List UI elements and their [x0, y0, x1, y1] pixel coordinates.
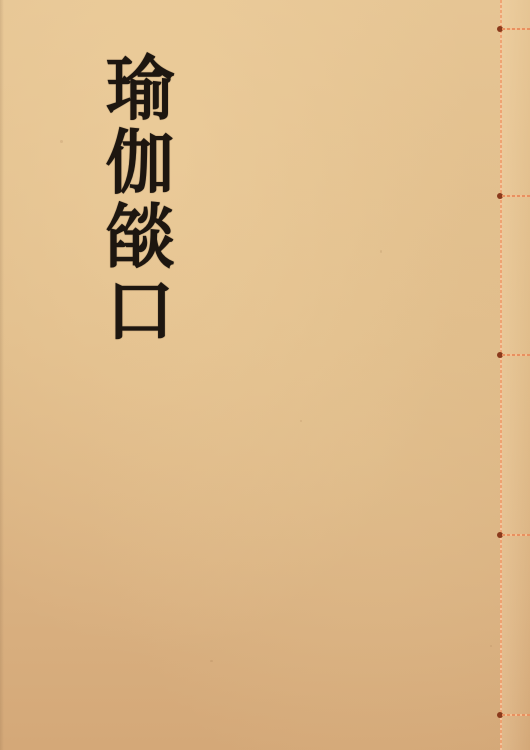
binding-stitch [496, 26, 530, 34]
binding-stitch [496, 712, 530, 720]
binding-stitch [496, 532, 530, 540]
paper-speck [380, 250, 382, 253]
stitch-thread [502, 28, 530, 30]
title-char-2: 伽 [106, 126, 175, 200]
paper-speck [490, 645, 492, 647]
paper-speck [210, 660, 213, 662]
binding-thread [500, 0, 502, 750]
title-char-3: 燄 [106, 200, 175, 274]
stitch-thread [502, 714, 530, 716]
spine-edge [502, 0, 530, 750]
stitch-thread [502, 195, 530, 197]
title-char-4: 口 [106, 274, 175, 348]
binding-stitch [496, 352, 530, 360]
paper-speck [60, 140, 63, 143]
book-cover: 瑜 伽 燄 口 [0, 0, 530, 750]
stitch-thread [502, 354, 530, 356]
binding-stitch [496, 193, 530, 201]
paper-speck [300, 420, 302, 422]
cover-title: 瑜 伽 燄 口 [92, 52, 188, 348]
title-char-1: 瑜 [106, 52, 175, 126]
cover-left-edge [0, 0, 4, 750]
stitch-thread [502, 534, 530, 536]
